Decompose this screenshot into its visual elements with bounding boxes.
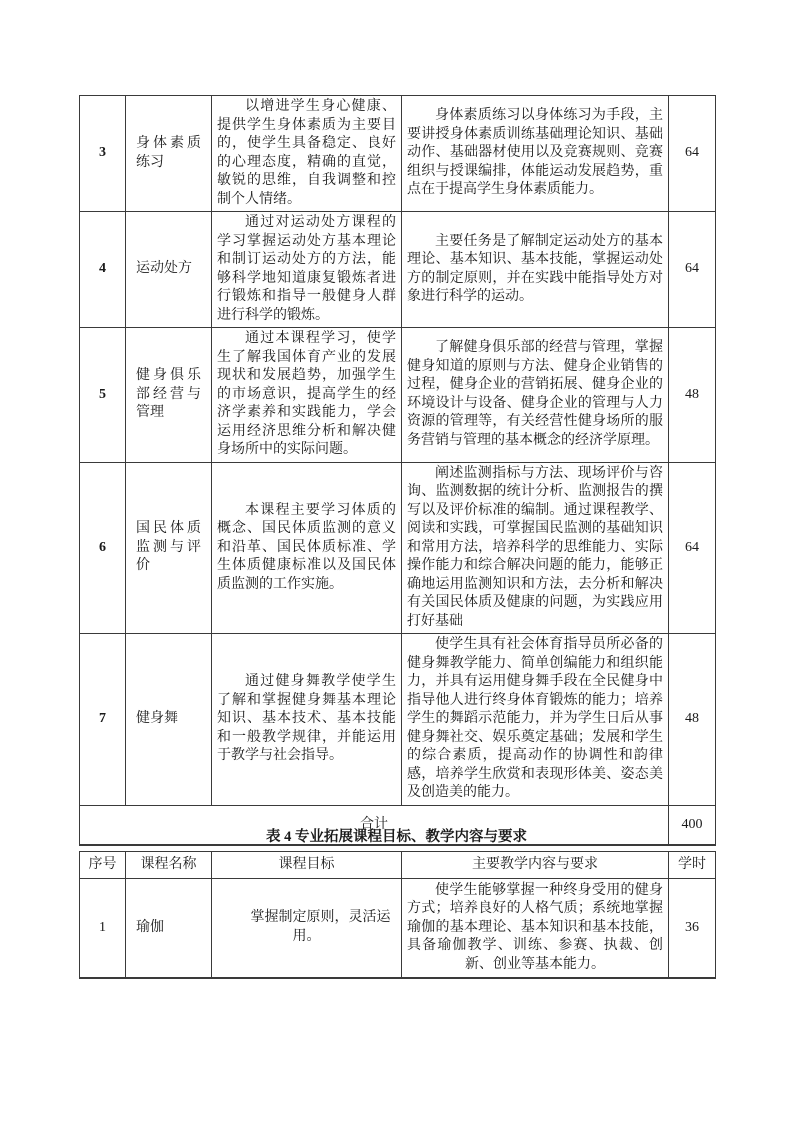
course-goal: 本课程主要学习体质的概念、国民体质监测的意义和沿革、国民体质标准、学生体质健康标… xyxy=(212,462,402,634)
course-hours: 64 xyxy=(669,96,716,212)
course-content: 阐述监测指标与方法、现场评价与咨询、监测数据的统计分析、监测报告的撰写以及评价标… xyxy=(402,462,669,634)
course-hours: 64 xyxy=(669,212,716,328)
course-goal: 通过本课程学习，使学生了解我国体育产业的发展现状和发展趋势，加强学生的市场意识，… xyxy=(212,328,402,463)
header-row: 序号 课程名称 课程目标 主要教学内容与要求 学时 xyxy=(80,852,716,879)
table-row: 3 身体素质练习 以增进学生身心健康、提供学生身体素质为主要目的，使学生具备稳定… xyxy=(80,96,716,212)
course-name: 国民体质监测与评价 xyxy=(126,462,212,634)
table-row: 1 瑜伽 掌握制定原则，灵活运用。 使学生能够掌握一种终身受用的健身方式；培养良… xyxy=(80,879,716,978)
course-content: 使学生能够掌握一种终身受用的健身方式；培养良好的人格气质；系统地掌握瑜伽的基本理… xyxy=(402,879,669,978)
course-name: 身体素质练习 xyxy=(126,96,212,212)
course-goal: 掌握制定原则，灵活运用。 xyxy=(212,879,402,978)
table-row: 7 健身舞 通过健身舞教学使学生了解和掌握健身舞基本理论知识、基本技术、基本技能… xyxy=(80,634,716,806)
row-number: 1 xyxy=(80,879,126,978)
course-name: 健身俱乐部经营与管理 xyxy=(126,328,212,463)
course-name: 运动处方 xyxy=(126,212,212,328)
course-content: 使学生具有社会体育指导员所必备的健身舞教学能力、简单创编能力和组织能力，并具有运… xyxy=(402,634,669,806)
course-hours: 64 xyxy=(669,462,716,634)
course-goal: 通过健身舞教学使学生了解和掌握健身舞基本理论知识、基本技术、基本技能和一般教学规… xyxy=(212,634,402,806)
table-caption: 表 4 专业拓展课程目标、教学内容与要求 xyxy=(0,823,793,851)
course-name: 瑜伽 xyxy=(126,879,212,978)
course-hours: 36 xyxy=(669,879,716,978)
course-goal: 通过对运动处方课程的学习掌握运动处方基本理论和制订运动处方的方法，能够科学地知道… xyxy=(212,212,402,328)
header-no: 序号 xyxy=(80,852,126,879)
expansion-course-table: 序号 课程名称 课程目标 主要教学内容与要求 学时 1 瑜伽 掌握制定原则，灵活… xyxy=(79,851,716,979)
course-name: 健身舞 xyxy=(126,634,212,806)
document-page: 3 身体素质练习 以增进学生身心健康、提供学生身体素质为主要目的，使学生具备稳定… xyxy=(0,0,793,1122)
course-hours: 48 xyxy=(669,328,716,463)
course-goal: 以增进学生身心健康、提供学生身体素质为主要目的，使学生具备稳定、良好的心理态度，… xyxy=(212,96,402,212)
table-row: 5 健身俱乐部经营与管理 通过本课程学习，使学生了解我国体育产业的发展现状和发展… xyxy=(80,328,716,463)
row-number: 7 xyxy=(80,634,126,806)
header-course-name: 课程名称 xyxy=(126,852,212,879)
course-hours: 48 xyxy=(669,634,716,806)
course-table-continued: 3 身体素质练习 以增进学生身心健康、提供学生身体素质为主要目的，使学生具备稳定… xyxy=(79,95,716,846)
course-content: 主要任务是了解制定运动处方的基本理论、基本知识、基本技能，掌握运动处方的制定原则… xyxy=(402,212,669,328)
course-content: 了解健身俱乐部的经营与管理，掌握健身知道的原则与方法、健身企业销售的过程，健身企… xyxy=(402,328,669,463)
table-row: 6 国民体质监测与评价 本课程主要学习体质的概念、国民体质监测的意义和沿革、国民… xyxy=(80,462,716,634)
row-number: 4 xyxy=(80,212,126,328)
table-row: 4 运动处方 通过对运动处方课程的学习掌握运动处方基本理论和制订运动处方的方法，… xyxy=(80,212,716,328)
row-number: 5 xyxy=(80,328,126,463)
row-number: 6 xyxy=(80,462,126,634)
header-course-goal: 课程目标 xyxy=(212,852,402,879)
row-number: 3 xyxy=(80,96,126,212)
header-hours: 学时 xyxy=(669,852,716,879)
header-course-content: 主要教学内容与要求 xyxy=(402,852,669,879)
course-content: 身体素质练习以身体练习为手段，主要讲授身体素质训练基础理论知识、基础动作、基础器… xyxy=(402,96,669,212)
